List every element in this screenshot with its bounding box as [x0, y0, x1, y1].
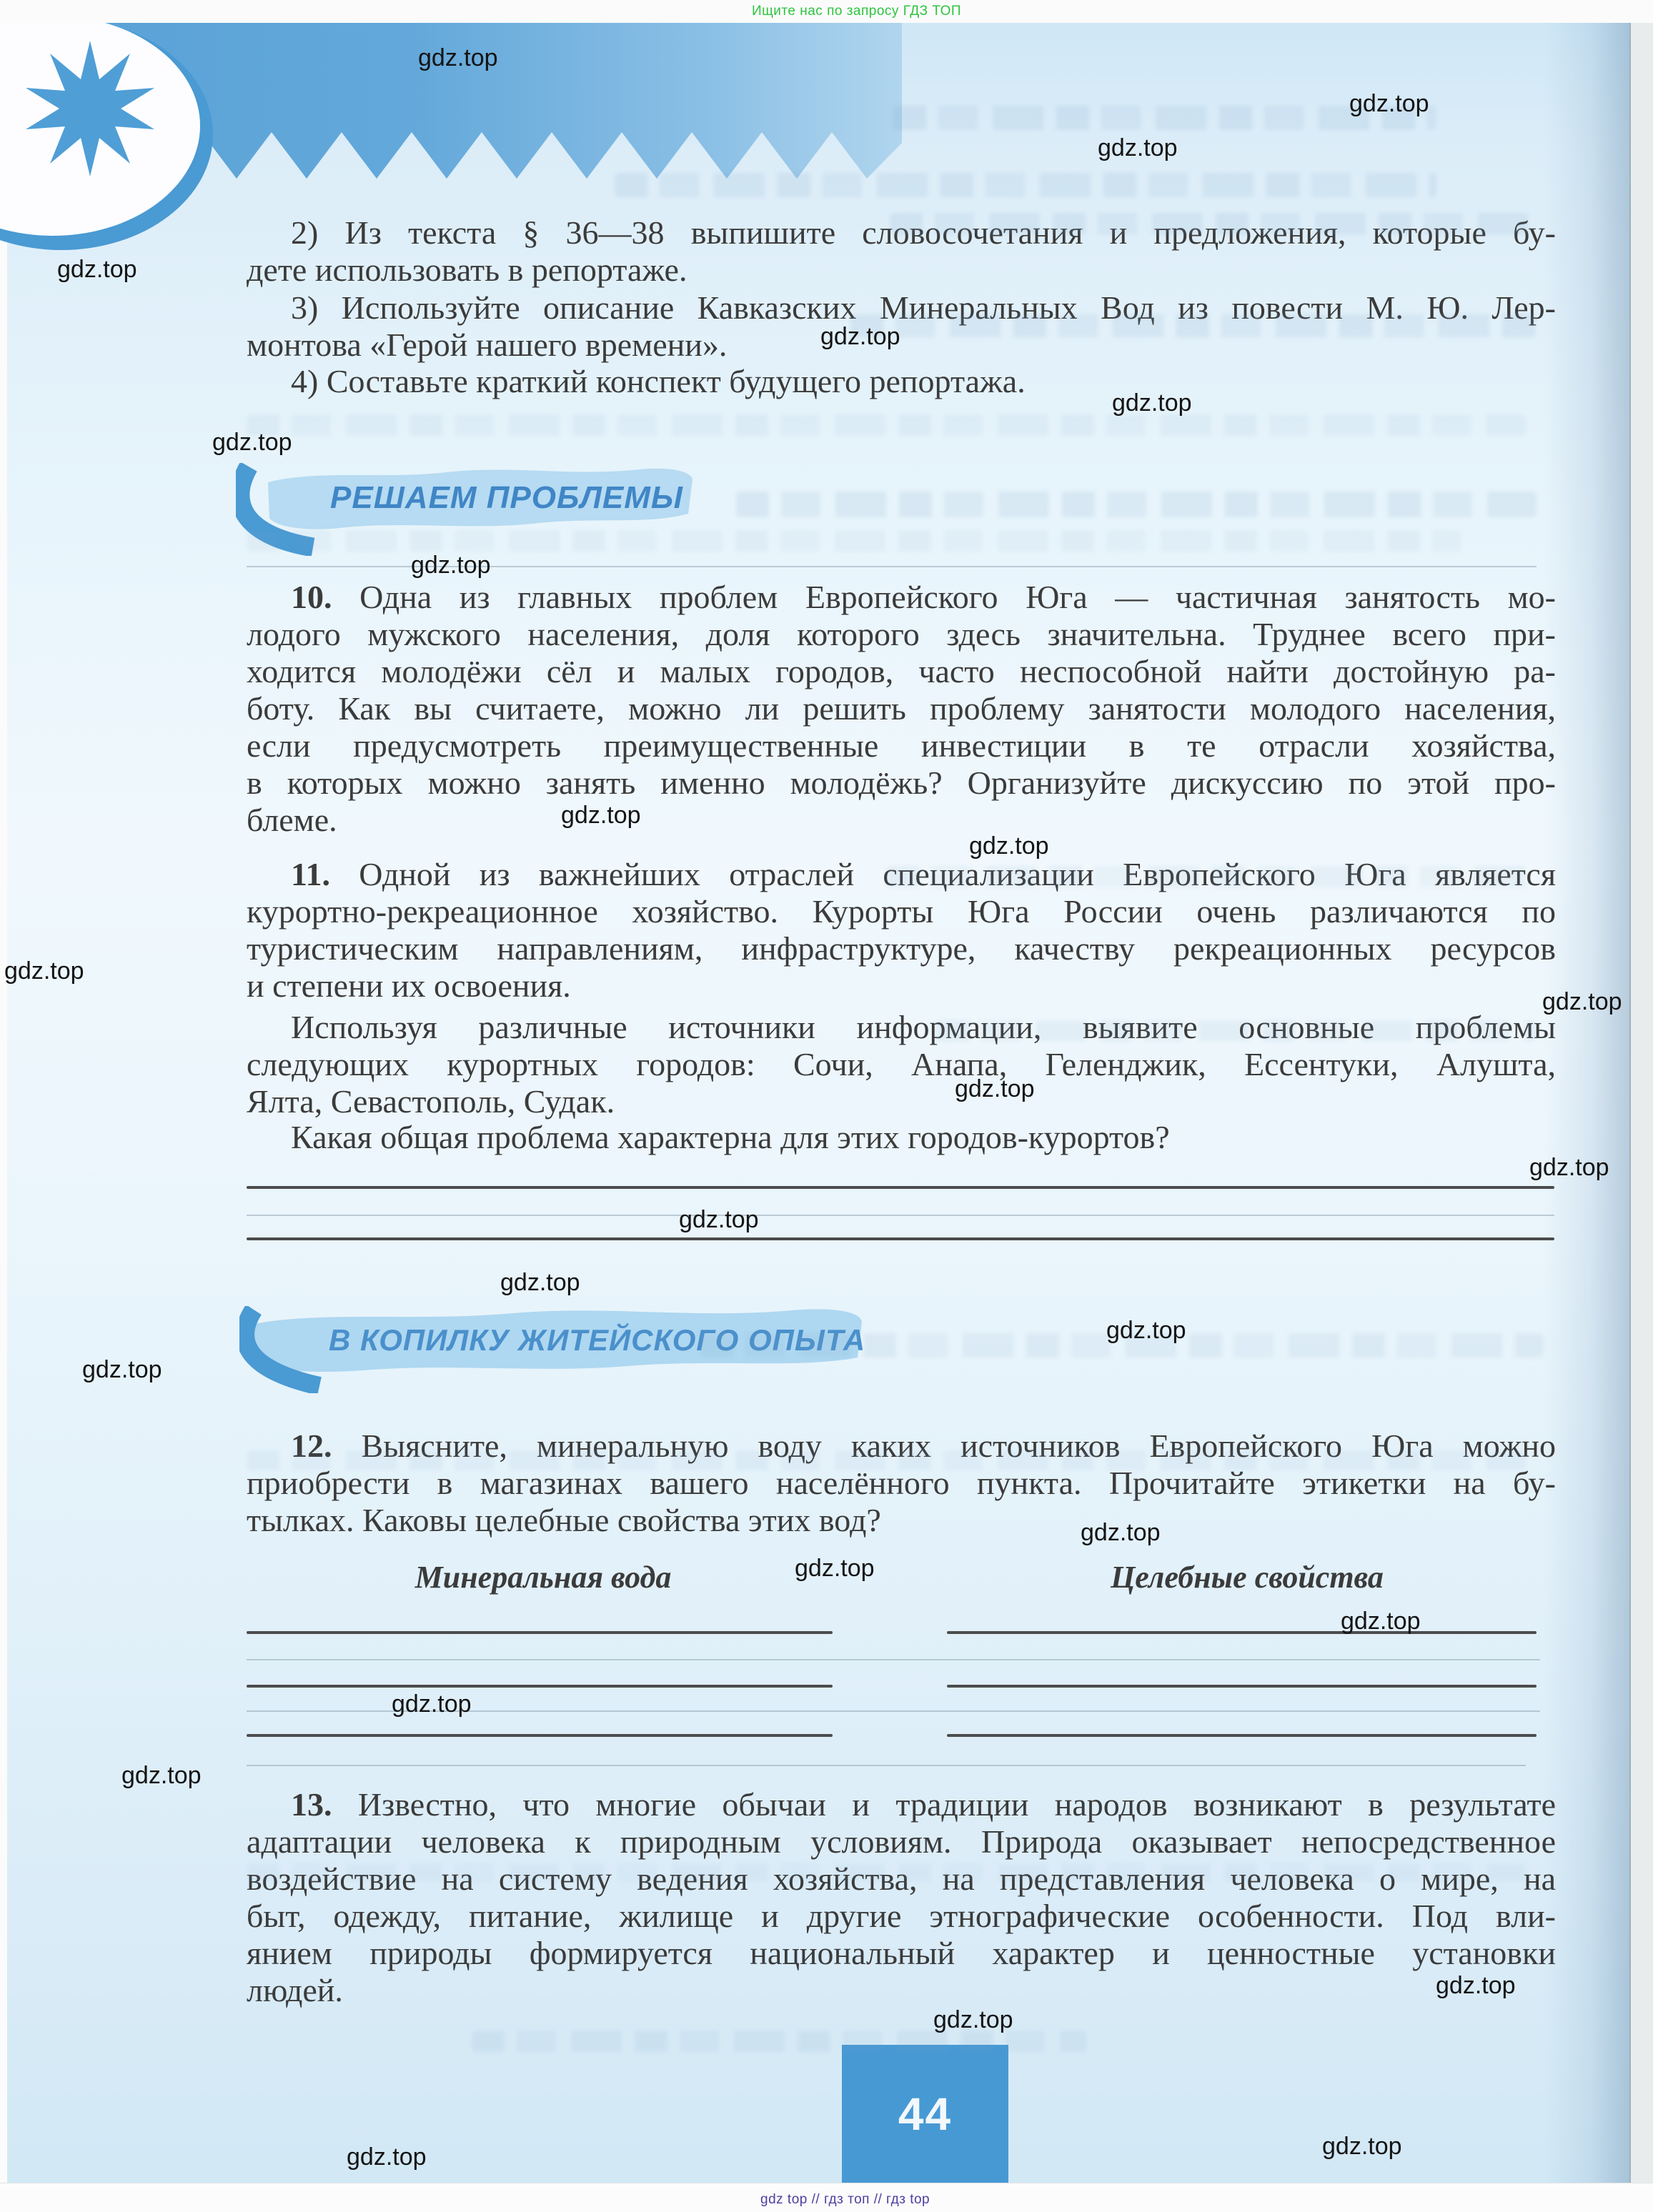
- task-13-line-4: быт, одежду, питание, жилище и другие эт…: [247, 1898, 1556, 1935]
- gdz-watermark: gdz.top: [1542, 988, 1622, 1016]
- gdz-watermark: gdz.top: [1098, 134, 1178, 162]
- task-13-text: Известно, что многие обычаи и традиции н…: [332, 1786, 1557, 1823]
- task-10-line-4: боту. Как вы считаете, можно ли решить п…: [247, 690, 1556, 727]
- bleed-through: [247, 1450, 1526, 1470]
- scan-margin-right: [1631, 23, 1653, 2183]
- gdz-watermark: gdz.top: [418, 44, 498, 72]
- gdz-watermark: gdz.top: [82, 1356, 162, 1384]
- answer-line[interactable]: [247, 1186, 1554, 1189]
- gdz-watermark: gdz.top: [57, 256, 137, 284]
- table-line-right[interactable]: [947, 1734, 1537, 1737]
- gdz-watermark: gdz.top: [1081, 1519, 1161, 1547]
- task-10-text: Одна из главных проблем Европейского Юга…: [332, 579, 1557, 615]
- bleed-rule: [247, 1765, 1526, 1766]
- task-10-number: 10.: [291, 579, 332, 615]
- bleed-rule: [247, 1215, 1554, 1216]
- table-header-healing-properties: Целебные свойства: [997, 1559, 1497, 1595]
- answer-line[interactable]: [247, 1237, 1554, 1240]
- task-13-number: 13.: [291, 1786, 332, 1823]
- table-line-right[interactable]: [947, 1685, 1537, 1688]
- gdz-watermark: gdz.top: [795, 1555, 875, 1583]
- gdz-watermark: gdz.top: [969, 832, 1049, 860]
- table-line-right[interactable]: [947, 1631, 1537, 1634]
- gdz-watermark: gdz.top: [212, 429, 292, 457]
- gdz-watermark: gdz.top: [1529, 1154, 1609, 1182]
- bleed-through: [247, 530, 1461, 552]
- task-10-line-1: 10. Одна из главных проблем Европейского…: [247, 579, 1556, 616]
- page-number-box: 44: [842, 2045, 1008, 2183]
- bleed-through: [850, 314, 1537, 337]
- promo-text: Ищите нас по запросу ГДЗ ТОП: [752, 4, 961, 19]
- gdz-watermark: gdz.top: [1112, 389, 1192, 417]
- gdz-watermark: gdz.top: [121, 1762, 202, 1790]
- gdz-watermark: gdz.top: [1341, 1608, 1421, 1635]
- gdz-watermark: gdz.top: [347, 2143, 427, 2171]
- table-line-left[interactable]: [247, 1734, 833, 1737]
- gdz-watermark: gdz.top: [500, 1269, 580, 1297]
- gdz-watermark: gdz.top: [933, 2006, 1013, 2034]
- task-13-line-1: 13. Известно, что многие обычаи и традиц…: [247, 1786, 1556, 1823]
- bleed-rule: [247, 1659, 1540, 1660]
- gdz-watermark: gdz.top: [4, 957, 84, 985]
- table-line-left[interactable]: [247, 1685, 833, 1688]
- bleed-through: [886, 866, 1529, 887]
- gdz-watermark: gdz.top: [1106, 1317, 1186, 1345]
- table-header-mineral-water: Минеральная вода: [293, 1559, 793, 1595]
- task-11-number: 11.: [291, 856, 330, 892]
- task-11-line-4: и степени их освоения.: [247, 967, 1556, 1005]
- task-10-line-5: если предусмотреть преимущественные инве…: [247, 727, 1556, 764]
- gdz-watermark: gdz.top: [679, 1206, 759, 1234]
- gdz-watermark: gdz.top: [1322, 2133, 1402, 2161]
- task-13-line-2: адаптации человека к природным условиям.…: [247, 1823, 1556, 1860]
- bleed-through: [936, 1020, 1537, 1042]
- bleed-through: [736, 492, 1537, 517]
- ribbon-experience-swoosh: [239, 1306, 332, 1393]
- gdz-watermark: gdz.top: [955, 1075, 1035, 1103]
- gdz-watermark: gdz.top: [1349, 90, 1429, 118]
- task-10-line-7: блеме.: [247, 802, 1556, 839]
- task-13-line-6: людей.: [247, 1972, 1556, 2009]
- bleed-through: [247, 1863, 1526, 1882]
- table-line-left[interactable]: [247, 1631, 833, 1634]
- task-10-line-2: лодого мужского населения, доля которого…: [247, 616, 1556, 653]
- task-10-line-6: в которых можно занять именно молодёжь? …: [247, 764, 1556, 802]
- task-2-line-2: дете использовать в репортаже.: [247, 251, 1556, 289]
- task-11-question: Какая общая проблема характерна для этих…: [247, 1119, 1556, 1156]
- task-11-line-2: курортно-рекреационное хозяйство. Курорт…: [247, 893, 1556, 930]
- scanned-workbook-page: Ищите нас по запросу ГДЗ ТОП РЕШАЕМ ПРОБ…: [0, 0, 1653, 2212]
- task-11-para2-line-2: следующих курортных городов: Сочи, Анапа…: [247, 1046, 1556, 1083]
- gdz-watermark: gdz.top: [561, 802, 641, 829]
- gdz-watermark: gdz.top: [411, 552, 491, 579]
- task-4-line-1: 4) Составьте краткий конспект будущего р…: [247, 363, 1556, 400]
- bleed-through: [247, 414, 1526, 436]
- bleed-through: [890, 213, 1533, 234]
- ribbon-solve-label: РЕШАЕМ ПРОБЛЕМЫ: [330, 480, 683, 516]
- footer-watermark: gdz top // гдз топ // гдз top: [760, 2192, 930, 2208]
- task-13-line-5: янием природы формируется национальный х…: [247, 1935, 1556, 1972]
- bleed-through: [615, 173, 1436, 197]
- task-12-line-3: тылках. Каковы целебные свойства этих во…: [247, 1502, 1556, 1539]
- task-11-para2-line-3: Ялта, Севастополь, Судак.: [247, 1083, 1556, 1120]
- star-emblem: [0, 23, 243, 259]
- gdz-watermark: gdz.top: [1436, 1972, 1516, 2000]
- page-curl-shadow: [1544, 23, 1629, 2183]
- task-11-line-3: туристическим направлениям, инфраструкту…: [247, 930, 1556, 967]
- page-number: 44: [898, 2088, 952, 2141]
- gdz-watermark: gdz.top: [820, 323, 900, 351]
- gdz-watermark: gdz.top: [392, 1690, 472, 1718]
- task-10-line-3: ходится молодёжи сёл и малых городов, ча…: [247, 653, 1556, 690]
